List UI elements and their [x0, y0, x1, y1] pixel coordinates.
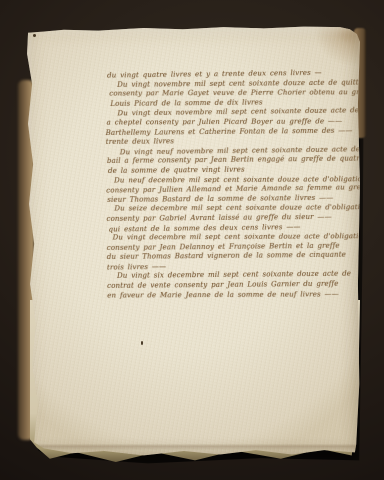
- ink-speck: [141, 341, 143, 345]
- ink-speck: [33, 34, 36, 37]
- manuscript-text-block: du vingt quatre livres et y a trente deu…: [105, 69, 363, 302]
- manuscript-page: du vingt quatre livres et y a trente deu…: [24, 24, 362, 462]
- manuscript-line: en faveur de Marie Jeanne de la somme de…: [107, 290, 363, 301]
- manuscript-line: consenty par Marie Gayet veuve de Pierre…: [105, 88, 361, 99]
- manuscript-line: Du seize decembre mil sept cent soixante…: [106, 203, 362, 214]
- manuscript-line: a cheptel consenty par Julien Picard Boy…: [105, 117, 361, 128]
- manuscript-line: Du vingt decembre mil sept cent soixante…: [107, 232, 363, 243]
- scan-background: du vingt quatre livres et y a trente deu…: [0, 0, 384, 480]
